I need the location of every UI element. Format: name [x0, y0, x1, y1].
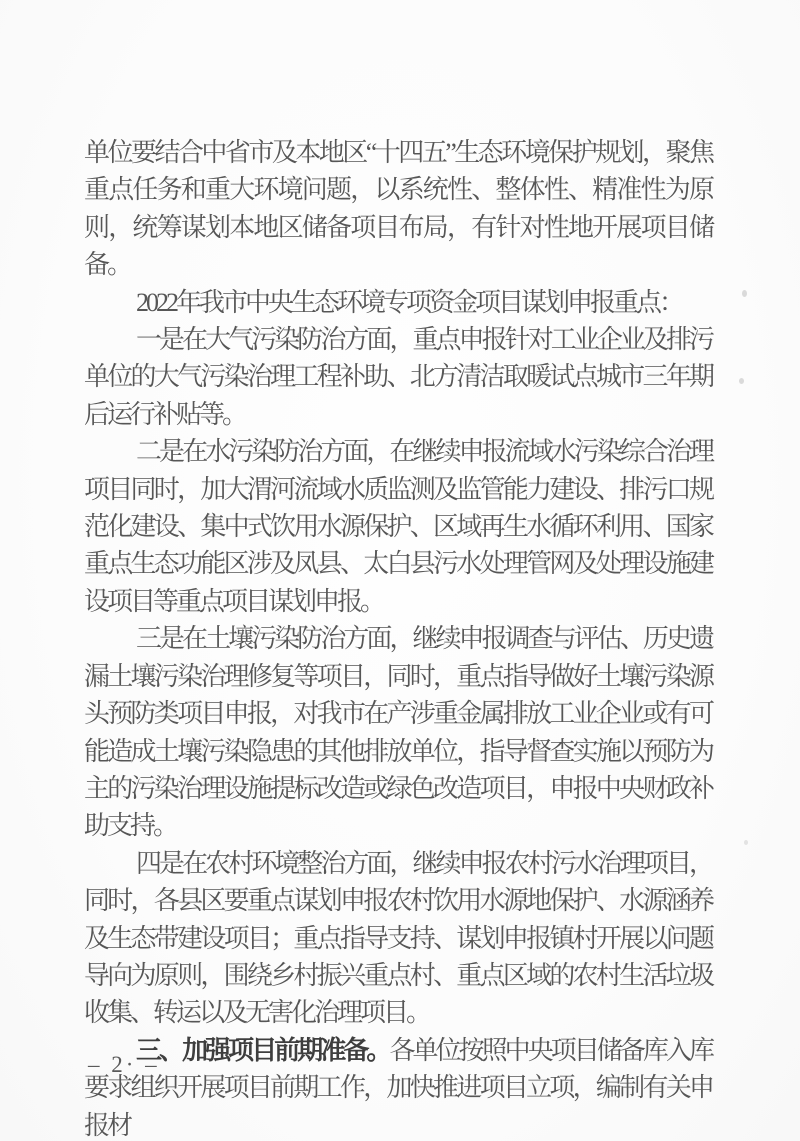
paragraph-intro-2022: 2022年我市中央生态环境专项资金项目谋划申报重点： — [84, 284, 712, 321]
page-number: – 2· – — [88, 1052, 160, 1078]
paragraph-section3-preparation: 三、加强项目前期准备。各单位按照中央项目储备库入库要求组织开展项目前期工作，加快… — [84, 1032, 712, 1141]
section3-heading-bold: 三、加强项目前期准备。 — [136, 1036, 389, 1065]
scan-artifact-speck — [739, 378, 744, 384]
paragraph-soil-pollution: 三是在土壤污染防治方面，继续申报调查与评估、历史遗漏土壤污染治理修复等项目，同时… — [84, 620, 712, 844]
paragraph-air-pollution: 一是在大气污染防治方面，重点申报针对工业企业及排污单位的大气污染治理工程补助、北… — [84, 321, 712, 433]
scan-artifact-speck — [742, 290, 747, 297]
scan-artifact-speck — [744, 840, 748, 845]
document-body: 单位要结合中省市及本地区“十四五”生态环境保护规划，聚焦重点任务和重大环境问题，… — [84, 134, 712, 1141]
scanned-document-page: 单位要结合中省市及本地区“十四五”生态环境保护规划，聚焦重点任务和重大环境问题，… — [0, 0, 800, 1141]
paragraph-water-pollution: 二是在水污染防治方面，在继续申报流域水污染综合治理项目同时，加大渭河流域水质监测… — [84, 433, 712, 620]
paragraph-continuation: 单位要结合中省市及本地区“十四五”生态环境保护规划，聚焦重点任务和重大环境问题，… — [84, 134, 712, 284]
paragraph-rural-environment: 四是在农村环境整治方面，继续申报农村污水治理项目，同时，各县区要重点谋划申报农村… — [84, 845, 712, 1032]
